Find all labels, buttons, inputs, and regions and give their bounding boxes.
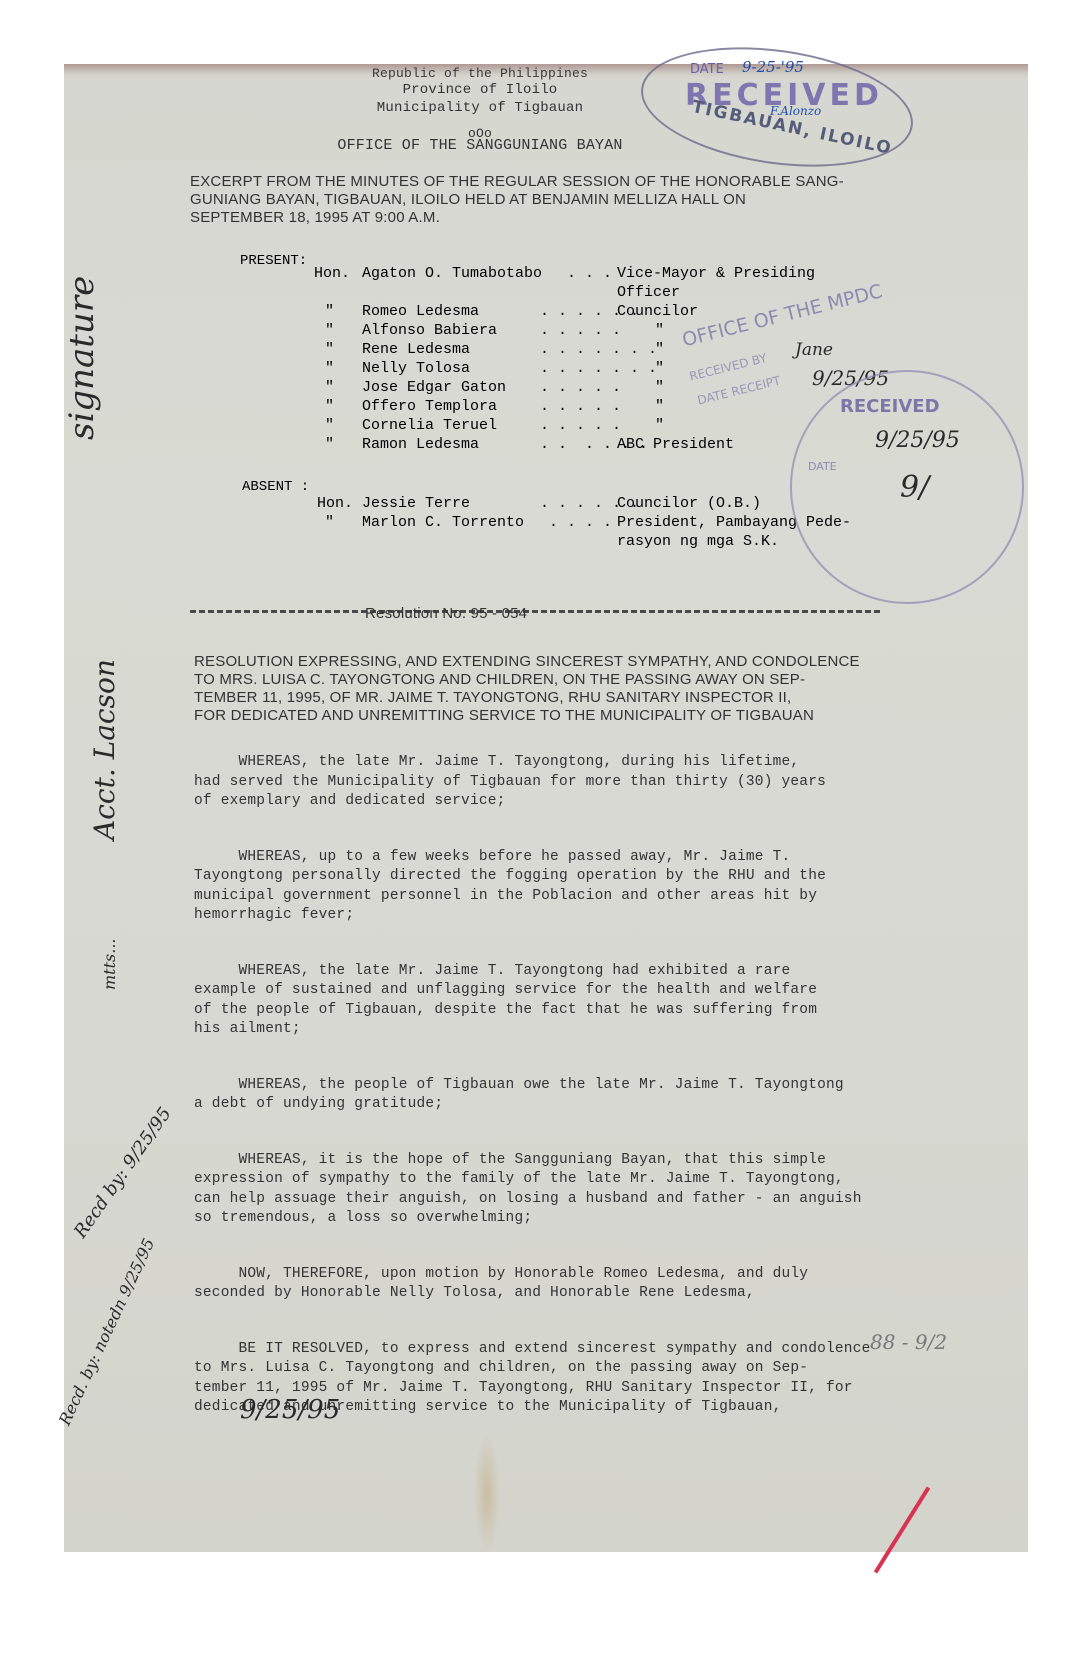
paragraph-line: of exemplary and dedicated service; [194, 791, 506, 811]
member-dots: . . . . . . . [540, 359, 612, 378]
margin-note-account: Acct. Lacson [88, 659, 121, 840]
stamp-date-label: DATE [690, 62, 724, 77]
paragraph-line: of the people of Tigbauan, despite the f… [194, 1000, 817, 1020]
title-line: RESOLUTION EXPRESSING, AND EXTENDING SIN… [194, 652, 860, 672]
paper-stain [474, 1434, 500, 1554]
member-role: " [655, 416, 664, 435]
present-label: PRESENT: [240, 252, 307, 271]
paragraph-line: his ailment; [194, 1019, 301, 1039]
member-name: Alfonso Babiera [362, 321, 497, 340]
member-role: " [655, 397, 664, 416]
paragraph-line: seconded by Honorable Nelly Tolosa, and … [194, 1283, 755, 1303]
member-role: " [655, 378, 664, 397]
member-name: Marlon C. Torrento [362, 513, 524, 532]
member-dots: . . . . [540, 513, 612, 532]
paragraph-line: expression of sympathy to the family of … [194, 1169, 844, 1189]
member-prefix: " [325, 435, 334, 454]
circle-stamp-date-label: DATE [808, 460, 837, 473]
title-line: FOR DEDICATED AND UNREMITTING SERVICE TO… [194, 706, 814, 726]
excerpt-line-1: EXCERPT FROM THE MINUTES OF THE REGULAR … [190, 172, 844, 192]
member-dots: . . . . . [540, 378, 612, 397]
member-prefix: Hon. [317, 494, 353, 513]
member-name: Ramon Ledesma [362, 435, 479, 454]
member-dots: . . . . . [540, 397, 612, 416]
paragraph-line: example of sustained and unflagging serv… [194, 980, 817, 1000]
circle-stamp-date-value: 9/25/95 [875, 428, 960, 453]
member-name: Jose Edgar Gaton [362, 378, 506, 397]
resolution-number: Resolution No. 95 - 054 [365, 604, 527, 624]
circle-stamp-initials: 9/ [900, 470, 929, 505]
member-prefix: " [325, 397, 334, 416]
member-role: " [655, 340, 664, 359]
member-prefix: " [325, 340, 334, 359]
excerpt-line-2: GUNIANG BAYAN, TIGBAUAN, ILOILO HELD AT … [190, 190, 746, 210]
paragraph-line: had served the Municipality of Tigbauan … [194, 772, 826, 792]
member-role-continued: Officer [617, 283, 680, 302]
title-line: TEMBER 11, 1995, OF MR. JAIME T. TAYONGT… [194, 688, 791, 708]
member-prefix: Hon. [314, 264, 350, 283]
member-dots: . . . . . . [540, 435, 612, 454]
circle-stamp-received: RECEIVED [840, 396, 940, 417]
right-bottom-note: 88 - 9/2 [870, 1330, 947, 1354]
mpdc-received-by-value: Jane [795, 340, 833, 360]
paragraph-line: WHEREAS, the people of Tigbauan owe the … [194, 1075, 844, 1095]
dashed-divider [190, 610, 880, 613]
member-dots: . . . . . . [540, 302, 612, 321]
member-prefix: " [325, 302, 334, 321]
paragraph-line: so tremendous, a loss so overwhelming; [194, 1208, 532, 1228]
paragraph-line: NOW, THEREFORE, upon motion by Honorable… [194, 1264, 808, 1284]
title-line: TO MRS. LUISA C. TAYONGTONG AND CHILDREN… [194, 670, 805, 690]
paragraph-line: WHEREAS, up to a few weeks before he pas… [194, 847, 790, 867]
member-role: Vice-Mayor & Presiding [617, 264, 815, 283]
stamp-date-value: 9-25-'95 [742, 58, 804, 76]
member-name: Offero Templora [362, 397, 497, 416]
paragraph-line: WHEREAS, the late Mr. Jaime T. Tayongton… [194, 752, 799, 772]
paragraph-line: to Mrs. Luisa C. Tayongtong and children… [194, 1358, 808, 1378]
member-prefix: " [325, 513, 334, 532]
member-name: Nelly Tolosa [362, 359, 470, 378]
absent-label: ABSENT : [242, 478, 309, 497]
member-role: " [655, 359, 664, 378]
member-prefix: " [325, 359, 334, 378]
member-name: Romeo Ledesma [362, 302, 479, 321]
paragraph-line: can help assuage their anguish, on losin… [194, 1189, 862, 1209]
bottom-signature: 9/25/95 [240, 1395, 340, 1425]
member-prefix: " [325, 416, 334, 435]
member-role: ABC President [617, 435, 734, 454]
member-role: Councilor (O.B.) [617, 494, 761, 513]
paragraph-line: a debt of undying gratitude; [194, 1094, 443, 1114]
paragraph-line: municipal government personnel in the Po… [194, 886, 817, 906]
header-office: OFFICE OF THE SANGGUNIANG BAYAN [300, 136, 660, 156]
member-name: Cornelia Teruel [362, 416, 497, 435]
paragraph-line: WHEREAS, the late Mr. Jaime T. Tayongton… [194, 961, 790, 981]
paragraph-line: BE IT RESOLVED, to express and extend si… [194, 1339, 871, 1359]
member-prefix: " [325, 321, 334, 340]
member-dots: . . . [540, 264, 612, 283]
margin-note-mtts: mtts... [100, 939, 119, 991]
member-dots: . . . . . . . [540, 340, 612, 359]
member-name: Agaton O. Tumabotabo [362, 264, 542, 283]
excerpt-line-3: SEPTEMBER 18, 1995 AT 9:00 A.M. [190, 208, 440, 228]
member-dots: . . . . . [540, 321, 612, 340]
member-role-continued: rasyon ng mga S.K. [617, 532, 779, 551]
member-role: Councilor [617, 302, 698, 321]
margin-signature: signature [62, 276, 102, 440]
member-name: Jessie Terre [362, 494, 470, 513]
paragraph-line: WHEREAS, it is the hope of the Sanggunia… [194, 1150, 826, 1170]
member-dots: . . . . . [540, 416, 612, 435]
header-municipality: Municipality of Tigbauan [330, 98, 630, 118]
paragraph-line: Tayongtong personally directed the foggi… [194, 866, 826, 886]
member-role: " [655, 321, 664, 340]
member-prefix: " [325, 378, 334, 397]
member-dots: . . . . . . [540, 494, 612, 513]
header-province: Province of Iloilo [330, 80, 630, 100]
member-name: Rene Ledesma [362, 340, 470, 359]
paragraph-line: hemorrhagic fever; [194, 905, 354, 925]
